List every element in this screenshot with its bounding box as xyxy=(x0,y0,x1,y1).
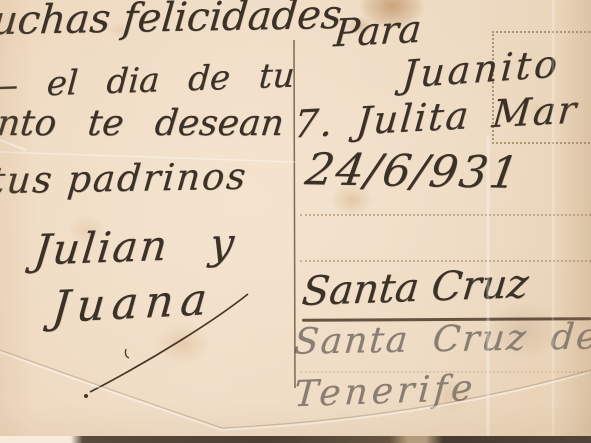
island-pencil: Tenerife xyxy=(293,371,478,413)
flourish-mark xyxy=(125,349,129,358)
city-ink: Santa Cruz xyxy=(300,264,530,312)
scan-bottom-edge xyxy=(0,436,591,443)
message-line-1: uchas felicidades xyxy=(0,0,343,41)
signature-line-1: Julian y xyxy=(32,222,238,271)
flourish-dot xyxy=(84,394,88,398)
address-dotted-line xyxy=(300,214,591,216)
recipient-name-1: Juanito xyxy=(401,44,561,93)
address-para-label: Para xyxy=(332,10,423,53)
message-line-3: nto te desean xyxy=(0,106,286,142)
message-line-4: tus padrinos xyxy=(0,158,249,200)
city-pencil: Santa Cruz de xyxy=(292,319,591,360)
message-line-2: — el dia de tu xyxy=(0,59,296,104)
address-dotted-line xyxy=(300,260,591,262)
postcard-scan: uchas felicidades — el dia de tu nto te … xyxy=(0,0,591,443)
date-handwritten: 24/6/931 xyxy=(303,148,524,196)
signature-line-2: Juana xyxy=(50,278,215,331)
